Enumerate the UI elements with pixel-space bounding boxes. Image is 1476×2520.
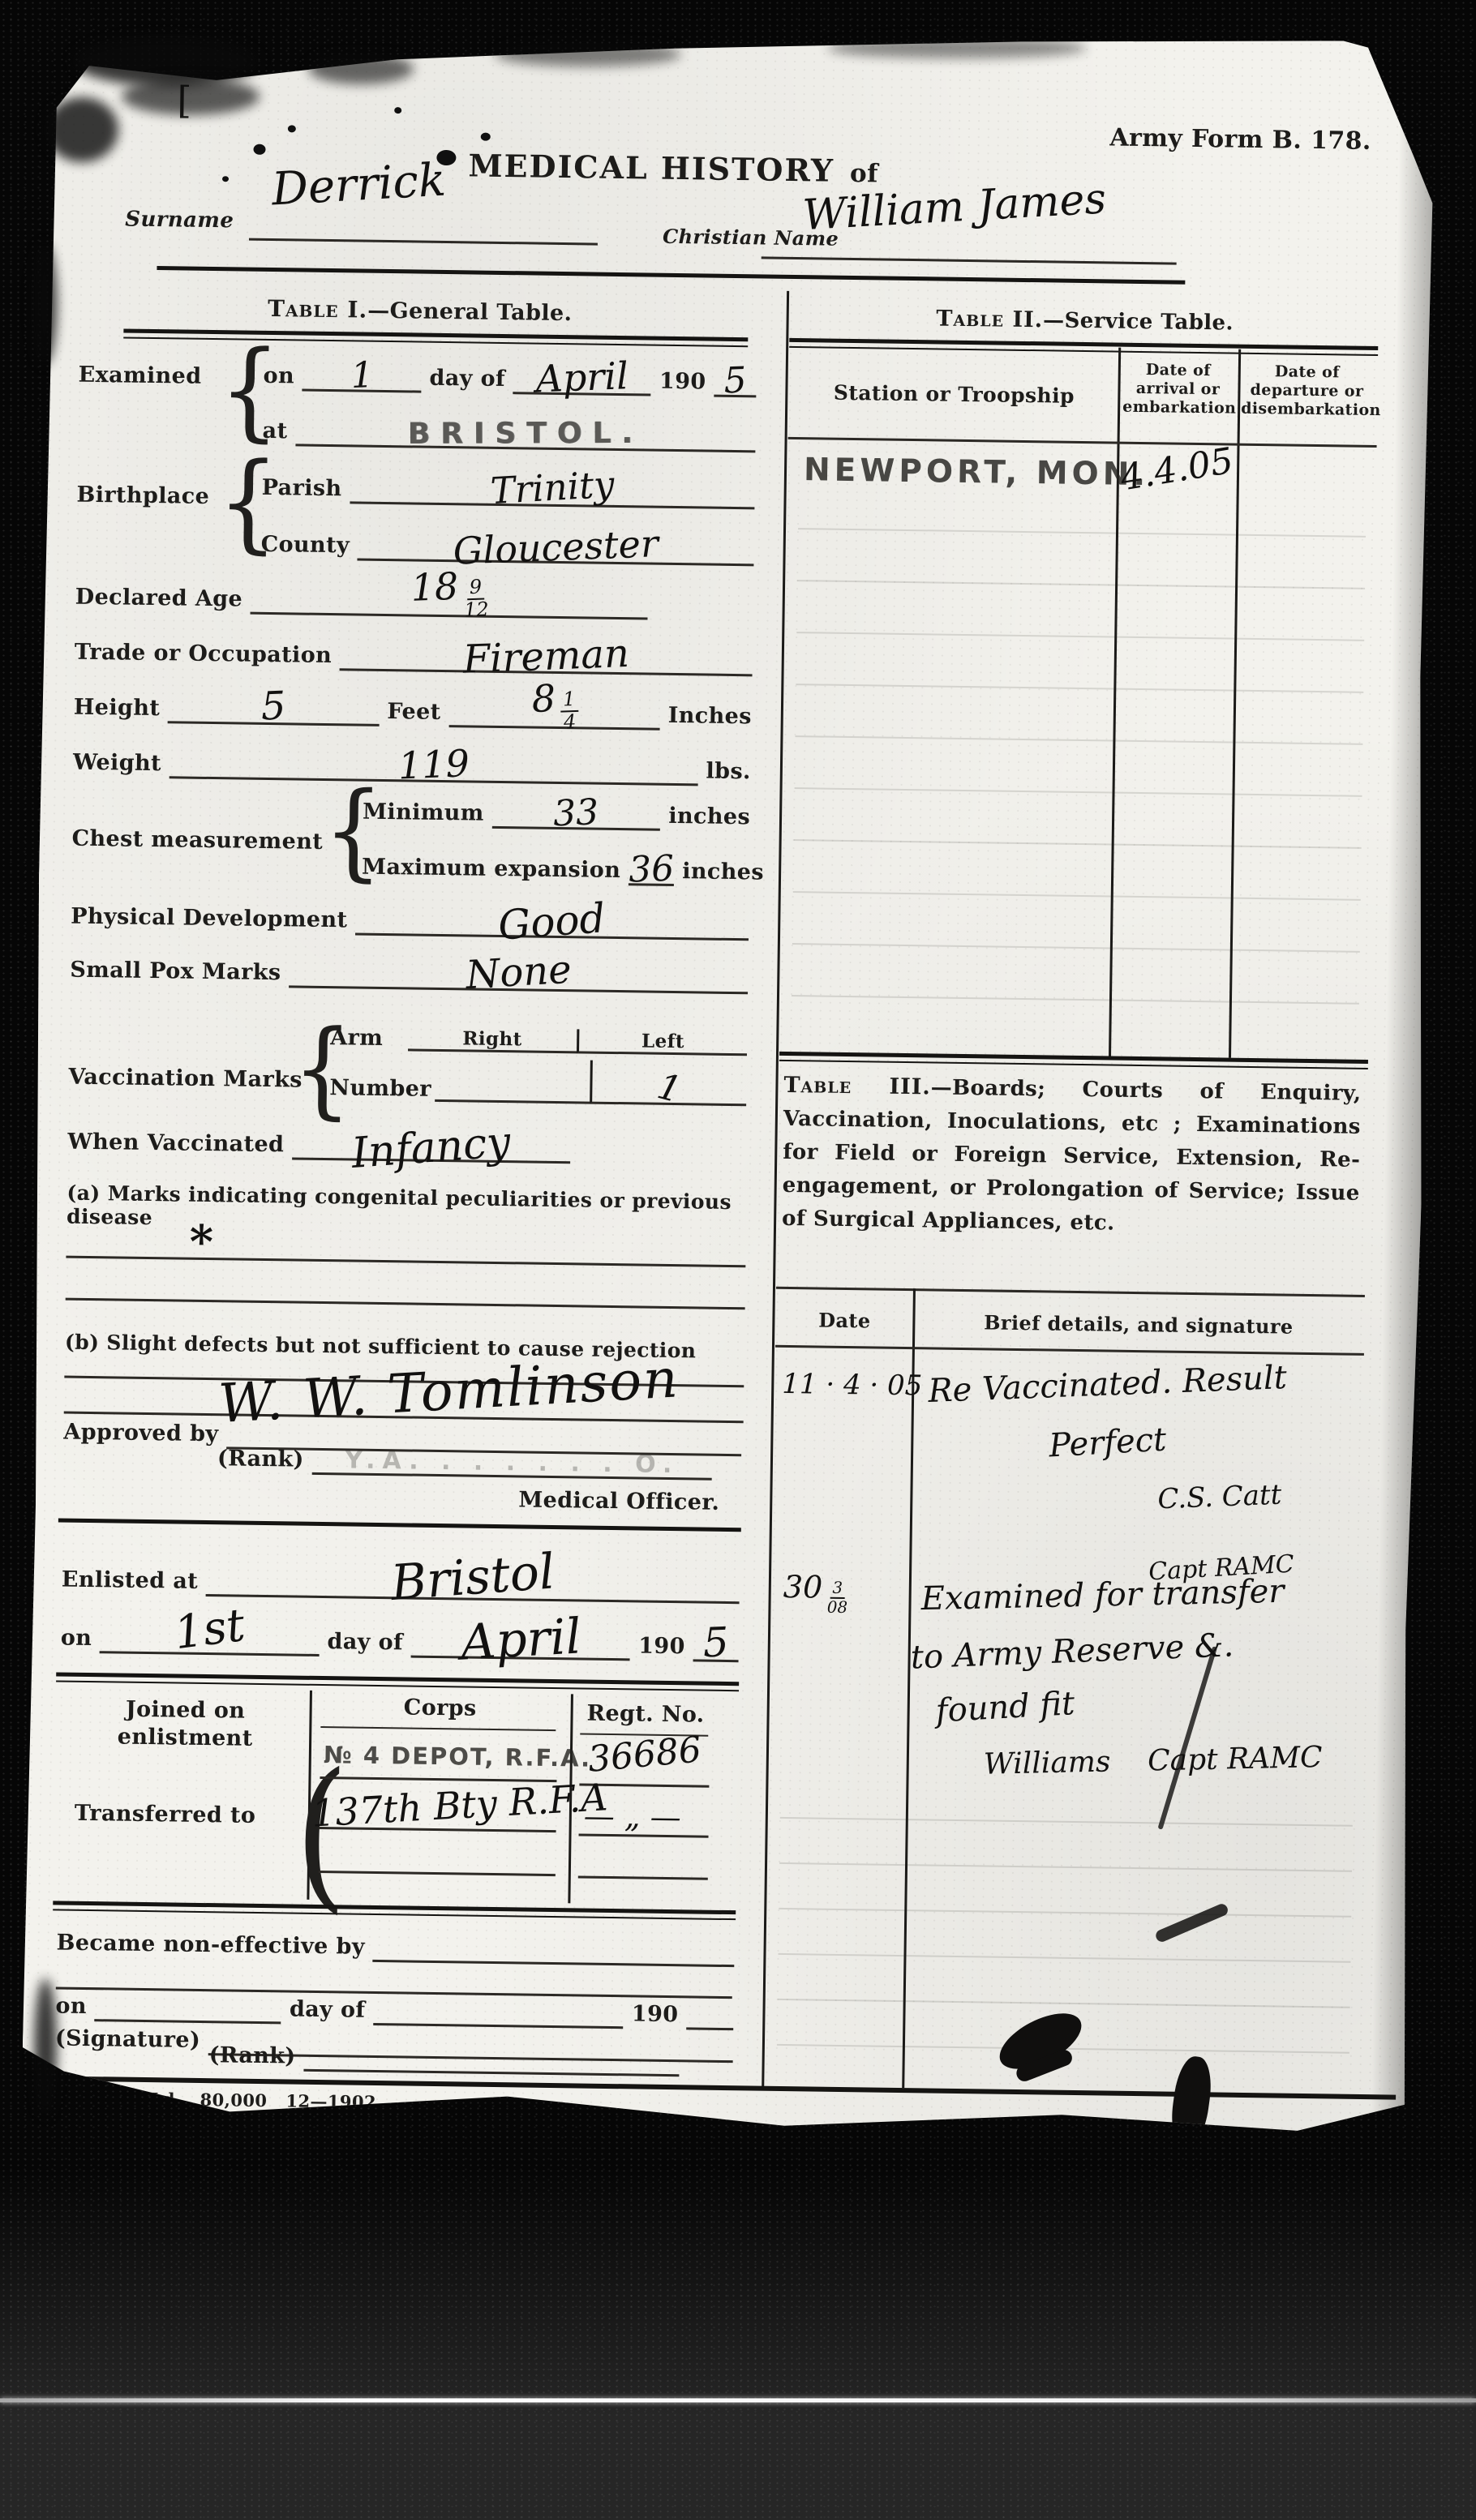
height-inches-field: 814 — [448, 668, 660, 730]
enlisted-field: Bristol — [206, 1537, 740, 1604]
examined-label: Examined — [78, 362, 201, 389]
faint-line — [796, 632, 1364, 641]
physical-label: Physical Development — [71, 904, 348, 936]
physical-field: Good — [355, 886, 749, 941]
rank2-row: (Rank) — [208, 2038, 680, 2076]
faint-line — [778, 1999, 1350, 2008]
date-header: Date — [775, 1308, 913, 1333]
height-inches-value: 814 — [530, 675, 578, 734]
when-vaccinated-field: Infancy — [292, 1108, 571, 1164]
rank-field: Y.A. . . . . . . O. — [312, 1444, 713, 1481]
ink-spot — [481, 133, 491, 141]
enlisted-day-field: 1st — [100, 1598, 320, 1656]
entry2-line2: to Army Reserve &. — [910, 1626, 1234, 1676]
examined-place-field: BRISTOL. — [295, 410, 756, 452]
form-paper: [ Army Form B. 178. MEDICAL HISTORY of S… — [21, 23, 1437, 2160]
entry1-date: 11 · 4 · 05 — [782, 1368, 904, 1402]
table3-date-divider — [902, 1288, 916, 2088]
faint-line — [794, 839, 1362, 849]
section-rule-1 — [58, 1518, 741, 1532]
birthplace-label: Birthplace — [76, 482, 209, 509]
right-label: Right — [408, 1026, 577, 1053]
chest-max-unit: inches — [682, 859, 764, 887]
scanned-document-photo: { "meta": { "form_no": "Army Form B. 178… — [0, 0, 1476, 2520]
edge-smudge — [495, 42, 681, 66]
chest-label: Chest measurement — [71, 826, 323, 855]
edge-smudge — [32, 243, 57, 365]
enlisted-month-value: April — [459, 1608, 582, 1671]
examined-on-label: on — [263, 363, 294, 392]
table3-head-rule-top — [776, 1287, 1365, 1297]
ne-year-prefix: 190 — [632, 2001, 679, 2029]
faint-line — [793, 891, 1361, 901]
rank-faded-stamp: Y.A. . . . . . . O. — [345, 1446, 680, 1479]
number-right-field — [435, 1099, 590, 1104]
form-number: Army Form B. 178. — [1006, 122, 1371, 156]
trade-field: Fireman — [340, 623, 753, 676]
declared-age-row: Declared Age 18912 — [75, 572, 754, 622]
non-effective-label: Became non-effective by — [56, 1930, 365, 1961]
number-left-value: 1 — [653, 1065, 685, 1111]
transferred-regt-value: — „ — — [584, 1798, 681, 1836]
enlisted-row: Enlisted at Bristol — [62, 1546, 740, 1605]
rank-row: (Rank) Y.A. . . . . . . O. — [217, 1436, 713, 1481]
height-label: Height — [74, 695, 161, 723]
joined-hline — [578, 1875, 708, 1879]
chest-max-label: Maximum expansion — [362, 855, 621, 885]
table2-header-rule — [788, 437, 1377, 448]
joined-on-enlistment-label: Joined on enlistment — [75, 1695, 295, 1753]
scratch-mark — [1157, 1646, 1217, 1830]
vaccination-grid: Arm Right Left Number 1 — [329, 1008, 748, 1106]
smallpox-label: Small Pox Marks — [70, 958, 281, 988]
parish-row: Parish Trinity — [261, 461, 755, 509]
table1-title-prefix: Table I. — [268, 295, 368, 324]
faint-line — [796, 684, 1363, 693]
weight-value: 119 — [397, 741, 470, 787]
when-vaccinated-row: When Vaccinated Infancy — [67, 1116, 571, 1164]
entry2-date: 30308 — [783, 1569, 847, 1616]
enlisted-year-prefix: 190 — [638, 1633, 685, 1661]
scan-bottom-glow — [0, 2171, 1476, 2520]
entry2-line1: Examined for transfer — [920, 1573, 1285, 1618]
examined-year-value: 5 — [723, 359, 748, 401]
marks-a-asterisk: * — [189, 1215, 213, 1269]
table1-top-rule — [123, 328, 748, 347]
marks-a-line2 — [66, 1298, 745, 1310]
examined-day-value: 1 — [350, 354, 374, 396]
number-left-field: 1 — [590, 1061, 747, 1107]
arrival-header: Date of arrival or embarkation — [1122, 361, 1234, 418]
transferred-corps-value: 137th Bty R.F.A — [311, 1775, 609, 1835]
enlisted-year-value: 5 — [702, 1618, 730, 1666]
rank-label: (Rank) — [217, 1446, 304, 1474]
joined-hline — [320, 1726, 556, 1731]
ink-dash — [1154, 1902, 1229, 1944]
table2-top-rule — [789, 338, 1378, 356]
joined-table: Joined on enlistment Transferred to ( Co… — [57, 1687, 719, 1905]
height-row: Height 5 Feet 814 Inches — [74, 682, 753, 732]
examined-on-row: on 1 day of April 190 5 — [263, 349, 757, 397]
page-title-of: of — [850, 159, 878, 188]
when-vaccinated-label: When Vaccinated — [67, 1129, 284, 1160]
height-feet-field: 5 — [168, 675, 380, 726]
page-title-main: MEDICAL HISTORY — [468, 147, 835, 188]
faint-line — [795, 735, 1362, 745]
faint-line — [792, 995, 1359, 1005]
parish-value: Trinity — [489, 463, 616, 512]
table2-title-prefix: Table II. — [936, 306, 1043, 332]
signature-label: (Signature) — [55, 2025, 201, 2055]
weight-field: 119 — [169, 732, 698, 786]
entry1-line1: Re Vaccinated. Result — [928, 1359, 1288, 1410]
chest-min-value: 33 — [553, 791, 600, 834]
faint-line — [798, 528, 1366, 538]
entry1-line2: Perfect — [1048, 1421, 1167, 1465]
edge-smudge — [827, 37, 1087, 58]
scan-white-line — [0, 2398, 1476, 2402]
examined-year-field: 5 — [714, 354, 757, 398]
declared-age-field: 18912 — [251, 555, 649, 620]
table3-title-suffix: —Boards; Courts of Enquiry, Vaccination,… — [782, 1075, 1362, 1235]
transferred-to-label: Transferred to — [75, 1801, 256, 1828]
enlisted-day-value: 1st — [171, 1599, 247, 1660]
regt-no-header: Regt. No. — [578, 1700, 712, 1727]
edge-smudge — [308, 54, 414, 84]
station-header: Station or Troopship — [800, 380, 1108, 408]
non-effective-row: Became non-effective by — [56, 1922, 735, 1967]
departure-header: Date of departure or disembarkation — [1241, 362, 1373, 420]
enlisted-on-label: on — [61, 1626, 92, 1654]
chest-max-field: 36 — [629, 842, 675, 886]
trade-row: Trade or Occupation Fireman — [75, 627, 753, 677]
weight-row: Weight 119 lbs. — [73, 737, 752, 787]
number-label: Number — [329, 1075, 435, 1102]
ink-spot — [394, 107, 401, 114]
chest-max-row: Maximum expansion 36 inches — [362, 842, 750, 888]
joined-hline — [579, 1833, 709, 1837]
table3-top-rule — [779, 1052, 1368, 1069]
examined-place-stamp: BRISTOL. — [408, 417, 643, 451]
station-stamp-value: NEWPORT, MON. — [804, 452, 1150, 493]
header-rule — [157, 266, 1185, 285]
faint-line — [779, 1862, 1352, 1872]
trade-label: Trade or Occupation — [75, 640, 333, 671]
table2-title: Table II.—Service Table. — [800, 304, 1368, 337]
table2-col-divider-1 — [1109, 348, 1121, 1056]
approved-by-label: Approved by — [63, 1420, 219, 1450]
medical-officer-label: Medical Officer. — [452, 1486, 719, 1515]
enlisted-dayof-label: day of — [327, 1629, 403, 1657]
enlisted-date-row: on 1st day of April 190 5 — [61, 1603, 740, 1663]
ink-spot — [288, 125, 296, 132]
rank2-label: (Rank) — [208, 2042, 295, 2071]
declared-age-value: 18912 — [410, 563, 489, 622]
ink-spot — [436, 150, 456, 165]
vaccination-label: Vaccination Marks — [68, 1065, 302, 1093]
examined-year-prefix: 190 — [659, 369, 706, 397]
examined-dayof-label: day of — [429, 366, 505, 394]
smallpox-value: None — [465, 947, 573, 998]
examined-day-field: 1 — [302, 348, 422, 393]
ne-dayof-label: day of — [290, 1997, 366, 2025]
when-vaccinated-value: Infancy — [350, 1118, 513, 1178]
arrival-date-value: 4.4.05 — [1118, 440, 1236, 499]
regt-no-value: 36686 — [586, 1729, 703, 1780]
smallpox-field: None — [289, 940, 749, 994]
ne-on-label: on — [55, 1993, 87, 2021]
enlisted-label: Enlisted at — [62, 1567, 199, 1596]
faint-line — [795, 787, 1362, 797]
table3-title: Table III.—Boards; Courts of Enquiry, Va… — [782, 1069, 1362, 1244]
chest-min-unit: inches — [668, 804, 750, 832]
examined-month-field: April — [513, 348, 652, 396]
marks-a-line1 — [66, 1256, 745, 1268]
weight-label: Weight — [73, 750, 161, 779]
edge-smudge — [45, 97, 118, 162]
details-header: Brief details, and signature — [912, 1309, 1364, 1339]
table3-title-prefix: Table III. — [783, 1073, 931, 1100]
corps-stamp-value: № 4 DEPOT, R.F.A. — [324, 1741, 592, 1772]
chest-min-row: Minimum 33 inches — [363, 786, 751, 833]
faint-line — [780, 1817, 1353, 1827]
surname-value: Derrick — [270, 154, 447, 216]
inches-label: Inches — [667, 703, 752, 731]
table1-title: Table I.—General Table. — [144, 294, 696, 328]
table3-head-rule-bottom — [775, 1345, 1364, 1356]
lbs-label: lbs. — [706, 759, 751, 787]
arm-label: Arm — [330, 1025, 408, 1051]
declared-age-label: Declared Age — [75, 585, 243, 615]
joined-hline — [319, 1871, 556, 1876]
chest-min-label: Minimum — [363, 799, 484, 829]
chest-max-value: 36 — [628, 848, 675, 891]
non-effective-field — [373, 1960, 735, 1967]
christian-name-line — [762, 256, 1177, 264]
surname-line — [249, 238, 598, 246]
faint-line — [792, 943, 1360, 953]
rank2-field — [303, 2069, 679, 2076]
corps-header: Corps — [317, 1694, 562, 1722]
edge-smudge — [122, 78, 260, 115]
table1-title-suffix: —General Table. — [367, 298, 573, 327]
parish-label: Parish — [261, 475, 341, 504]
physical-row: Physical Development Good — [71, 891, 749, 941]
entry2-line3: found fit — [935, 1685, 1076, 1730]
faint-line — [779, 1908, 1351, 1918]
table2-title-suffix: —Service Table. — [1043, 308, 1234, 335]
faint-line — [797, 580, 1365, 589]
parish-field: Trinity — [350, 458, 755, 509]
enlisted-month-field: April — [411, 1599, 631, 1661]
ink-spot — [222, 176, 229, 182]
marks-a-label: (a) Marks indicating congenital peculiar… — [67, 1181, 753, 1238]
examined-month-value: April — [535, 354, 629, 401]
smallpox-row: Small Pox Marks None — [70, 945, 749, 995]
height-feet-value: 5 — [260, 684, 287, 730]
examined-at-row: at BRISTOL. — [262, 404, 756, 452]
faint-line — [778, 1953, 1350, 1963]
surname-label: Surname — [125, 207, 234, 233]
physical-value: Good — [497, 894, 607, 949]
feet-label: Feet — [387, 699, 441, 727]
enlisted-year-field: 5 — [693, 1612, 740, 1662]
entry1-signature: C.S. Catt — [1157, 1479, 1282, 1516]
chest-min-field: 33 — [491, 785, 660, 831]
ink-spot — [253, 144, 265, 155]
entry2-signature: Williams Capt RAMC — [983, 1741, 1323, 1781]
left-label: Left — [576, 1029, 747, 1056]
edge-smudge — [34, 1978, 57, 2116]
